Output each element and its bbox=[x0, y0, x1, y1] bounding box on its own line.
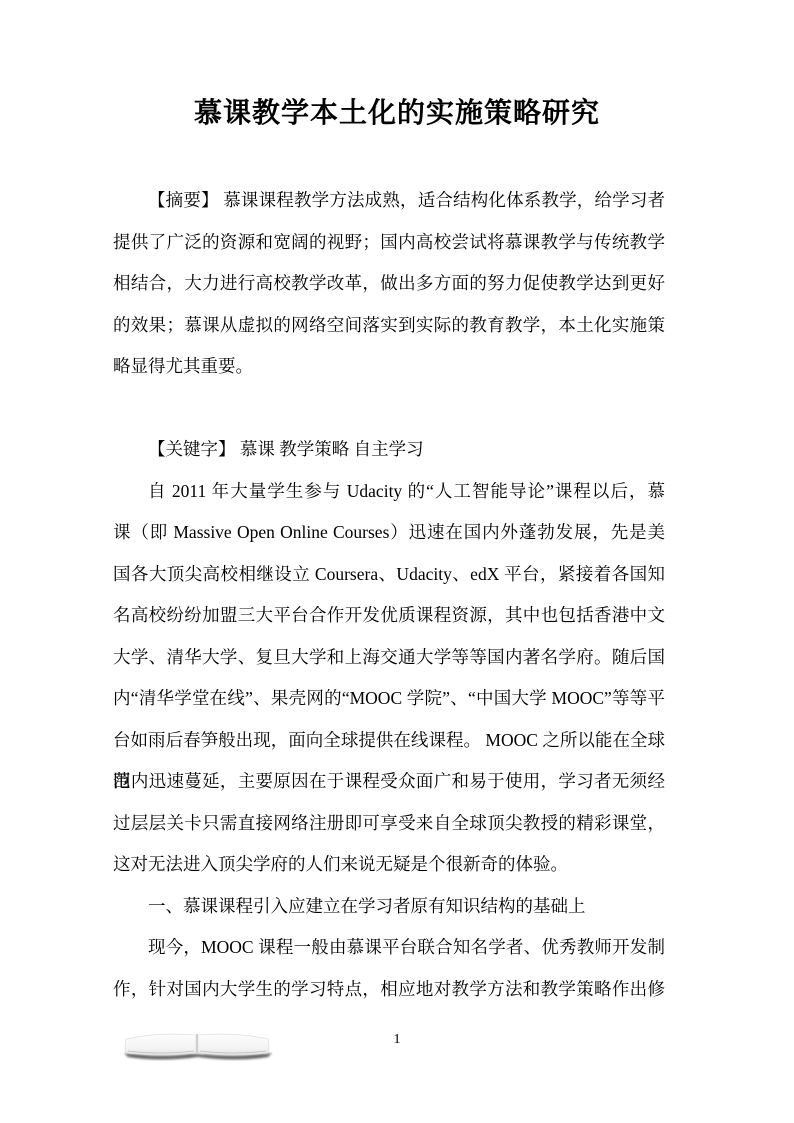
keywords-line: 【关键字】 慕课 教学策略 自主学习 bbox=[113, 429, 665, 471]
text-line: 自 2011 年大量学生参与 Udacity 的“人工智能导论”课程以后，慕 bbox=[113, 471, 665, 513]
page-number: 1 bbox=[0, 1030, 794, 1050]
document-title: 慕课教学本土化的实施策略研究 bbox=[0, 96, 794, 132]
text-line: 作，针对国内大学生的学习特点，相应地对教学方法和教学策略作出修 bbox=[113, 969, 665, 1011]
document-page: 慕课教学本土化的实施策略研究 【摘要】 慕课课程教学方法成熟，适合结构化体系教学… bbox=[0, 0, 794, 1123]
text-line: 的效果；慕课从虚拟的网络空间落实到实际的教育教学，本土化实施策 bbox=[113, 305, 665, 347]
text-line: 【摘要】 慕课课程教学方法成熟，适合结构化体系教学，给学习者 bbox=[113, 180, 665, 222]
text-line: 内“清华学堂在线”、果壳网的“MOOC 学院”、“中国大学 MOOC”等等平 bbox=[113, 678, 665, 720]
blank-line bbox=[113, 388, 665, 430]
document-body: 【摘要】 慕课课程教学方法成熟，适合结构化体系教学，给学习者 提供了广泛的资源和… bbox=[113, 180, 665, 1010]
text-line: 相结合，大力进行高校教学改革，做出多方面的努力促使教学达到更好 bbox=[113, 263, 665, 305]
text-line: 过层层关卡只需直接网络注册即可享受来自全球顶尖教授的精彩课堂， bbox=[113, 803, 665, 845]
text-line: 大学、清华大学、复旦大学和上海交通大学等等国内著名学府。随后国 bbox=[113, 637, 665, 679]
text-line: 台如雨后春笋般出现，面向全球提供在线课程。 MOOC 之所以能在全球范 bbox=[113, 720, 665, 762]
text-line: 这对无法进入顶尖学府的人们来说无疑是个很新奇的体验。 bbox=[113, 844, 665, 886]
text-line: 国各大顶尖高校相继设立 Coursera、Udacity、edX 平台，紧接着各… bbox=[113, 554, 665, 596]
section-heading: 一、慕课课程引入应建立在学习者原有知识结构的基础上 bbox=[113, 886, 665, 928]
text-line: 围内迅速蔓延，主要原因在于课程受众面广和易于使用，学习者无须经 bbox=[113, 761, 665, 803]
text-line: 略显得尤其重要。 bbox=[113, 346, 665, 388]
text-line: 提供了广泛的资源和宽阔的视野；国内高校尝试将慕课教学与传统教学 bbox=[113, 222, 665, 264]
text-line: 现今，MOOC 课程一般由慕课平台联合知名学者、优秀教师开发制 bbox=[113, 927, 665, 969]
text-line: 课（即 Massive Open Online Courses）迅速在国内外蓬勃… bbox=[113, 512, 665, 554]
text-line: 名高校纷纷加盟三大平台合作开发优质课程资源，其中也包括香港中文 bbox=[113, 595, 665, 637]
